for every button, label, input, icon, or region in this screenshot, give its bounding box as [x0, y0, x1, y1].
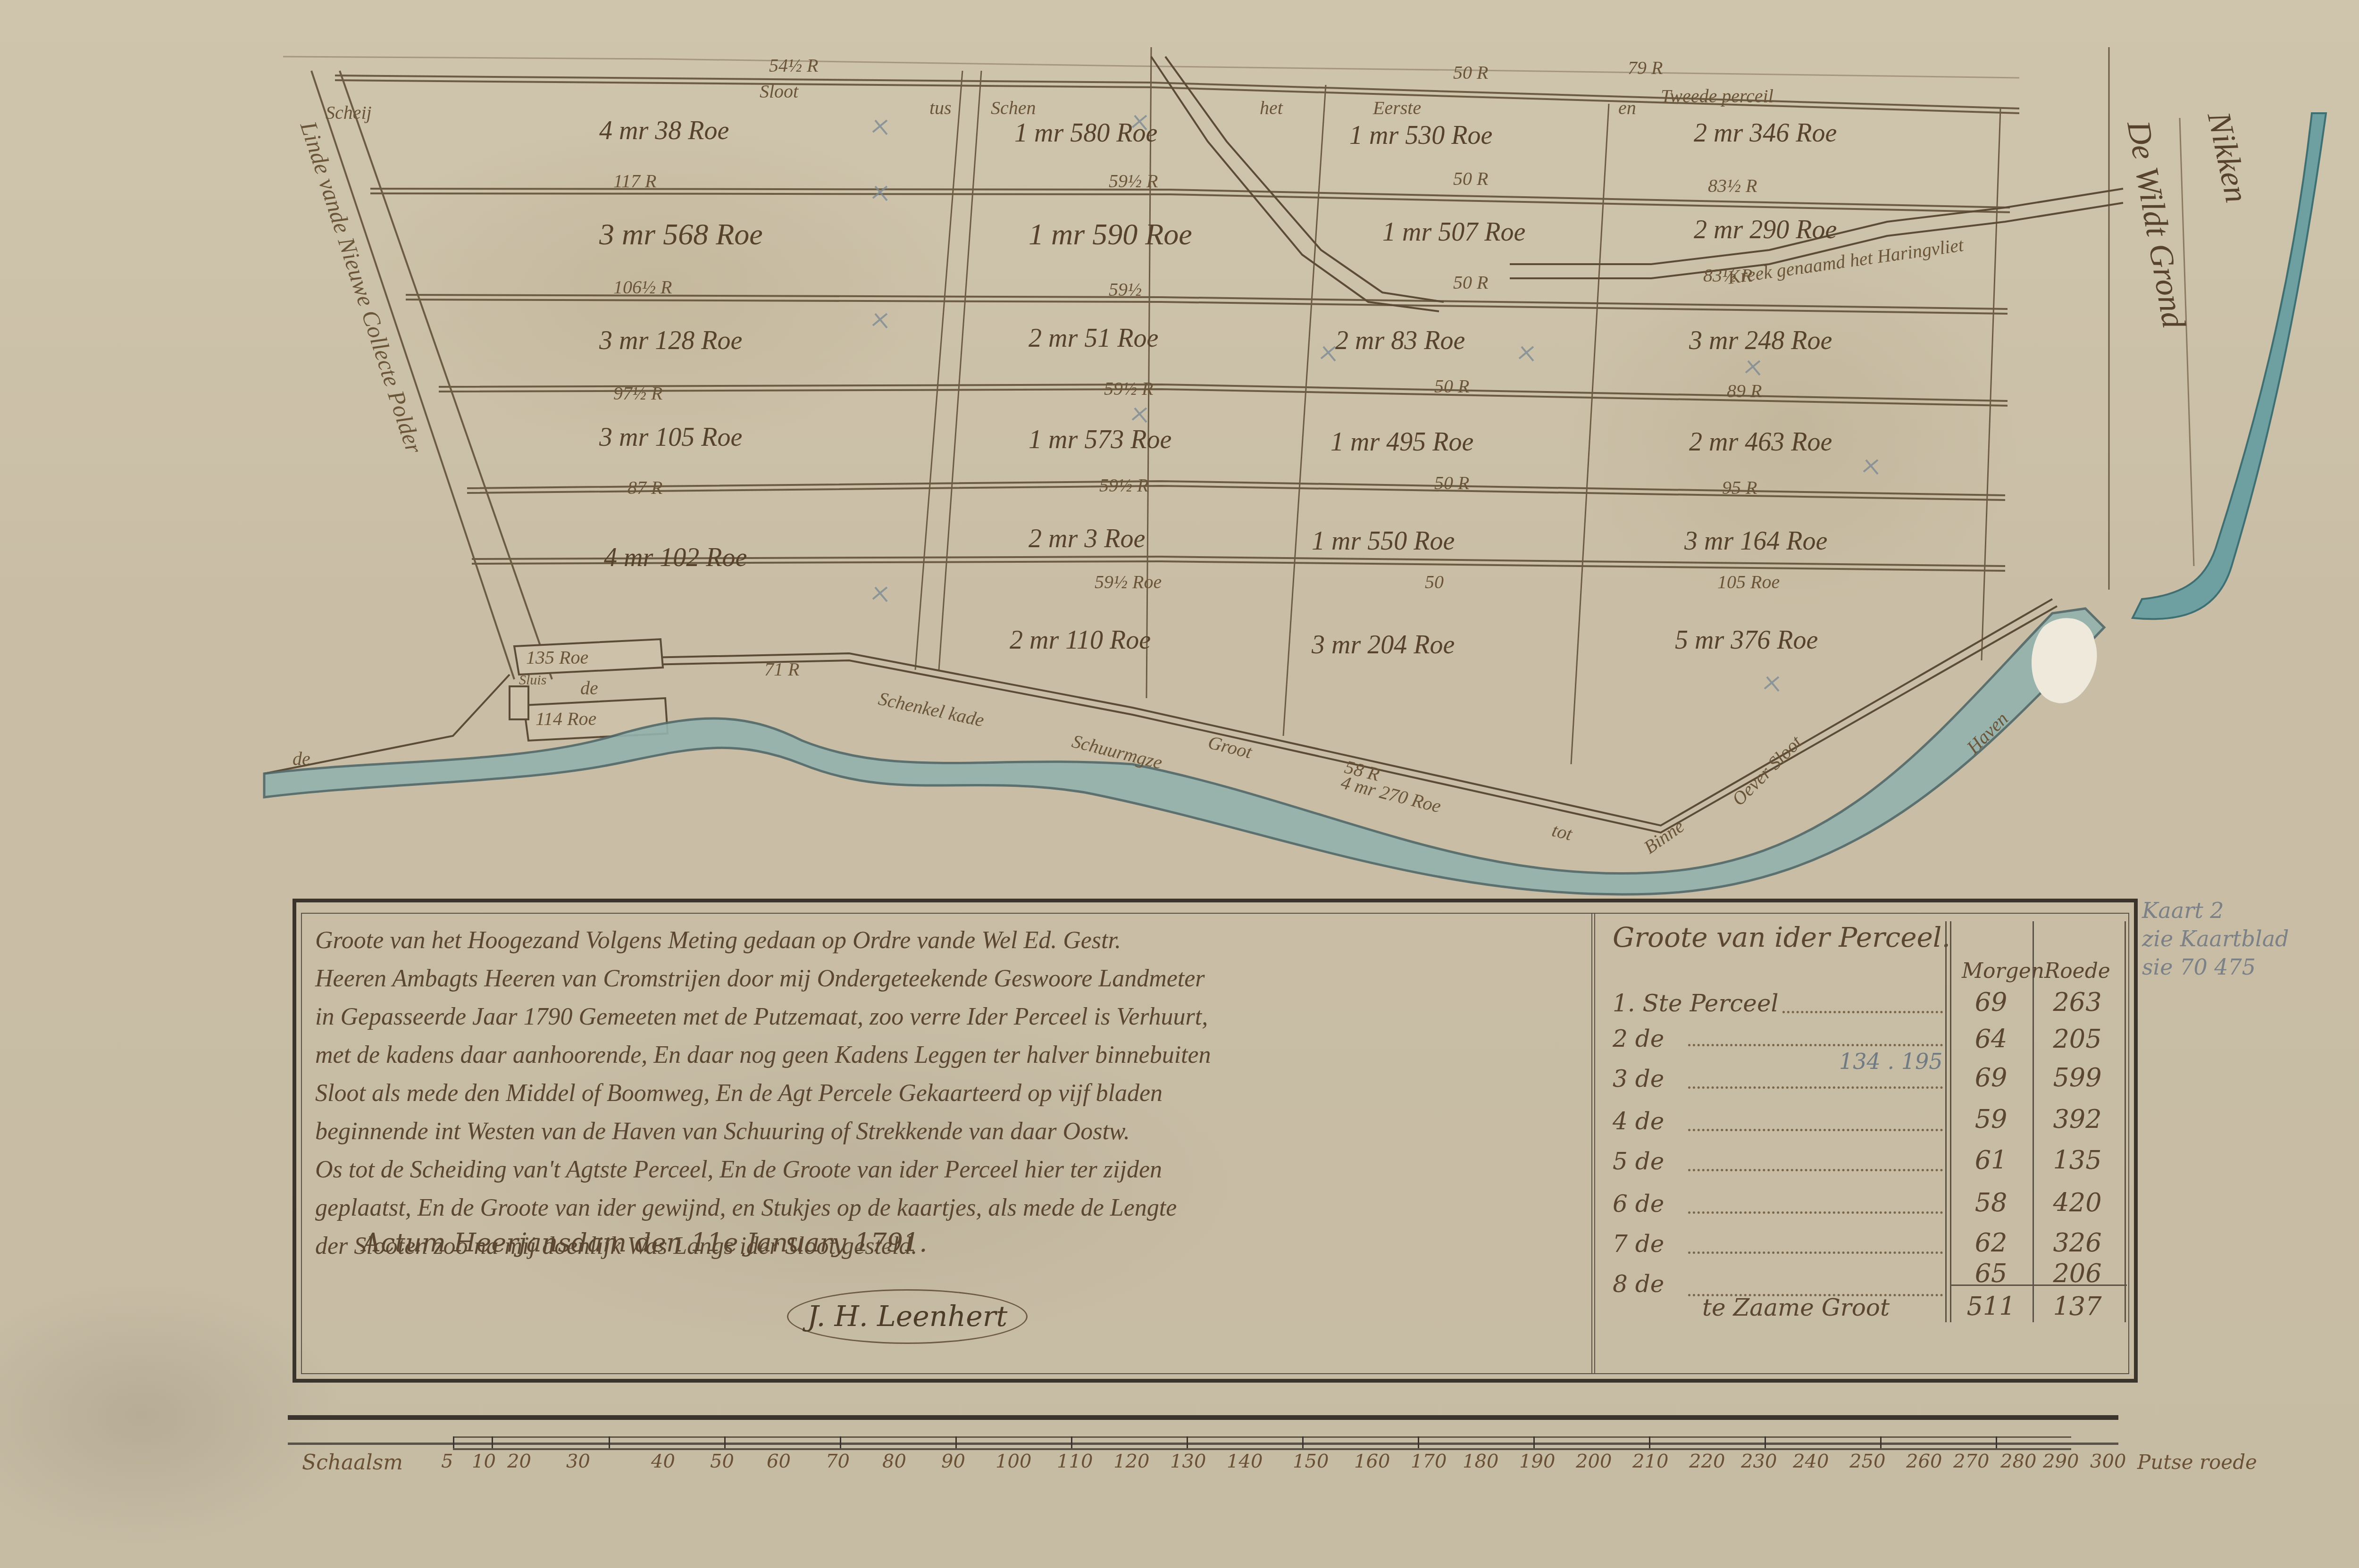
- parcel-label: 3 mr 128 Roe: [599, 325, 742, 356]
- leader-dots: [1688, 1129, 1943, 1131]
- scale-tick: [1765, 1436, 1766, 1448]
- total-label: te Zaame Groot: [1702, 1294, 1890, 1321]
- leader-dots: [1688, 1251, 1943, 1254]
- scale-tick: [840, 1436, 841, 1448]
- scale-tick-label: 50: [710, 1451, 734, 1472]
- left-road: [311, 71, 552, 679]
- description-line: geplaatst, En de Groote van ider gewijnd…: [315, 1189, 1570, 1227]
- scale-tick-label: 170: [1411, 1451, 1447, 1472]
- small-plot-label: 114 Roe: [535, 708, 596, 730]
- description-line: Groote van het Hoogezand Volgens Meting …: [315, 921, 1570, 959]
- scale-tick: [1302, 1436, 1304, 1448]
- sluice-label: Sluis: [519, 672, 546, 688]
- column-rule: [2125, 921, 2126, 1322]
- cartouche-divider: [1591, 913, 1595, 1374]
- description-line: in Gepasseerde Jaar 1790 Gemeeten met de…: [315, 998, 1570, 1036]
- row-label: 7 de: [1613, 1230, 1664, 1258]
- dim-label: 105 Roe: [1717, 571, 1780, 593]
- leader-dots: [1688, 1086, 1943, 1089]
- scale-tick-label: 270: [1953, 1451, 1989, 1472]
- parcel-label: 3 mr 164 Roe: [1684, 526, 1827, 556]
- scale-tick-label: 40: [651, 1451, 675, 1472]
- scale-tick-label: 100: [995, 1451, 1031, 1472]
- dim-label: 50: [1425, 571, 1444, 593]
- small-plot-label: 135 Roe: [526, 646, 588, 668]
- parcel-label: 2 mr 110 Roe: [1010, 625, 1151, 655]
- description-line: met de kadens daar aanhoorende, En daar …: [315, 1036, 1570, 1074]
- cell-roede: 205: [2030, 1024, 2125, 1054]
- row-label: 2 de: [1613, 1025, 1664, 1052]
- dim-label: 59½ Roe: [1095, 571, 1162, 593]
- cell-morgen: 69: [1944, 987, 2038, 1017]
- ditch-label: en: [1618, 97, 1636, 119]
- scale-unit-label: Putse roede: [2137, 1451, 2257, 1474]
- parcel-label: 3 mr 204 Roe: [1312, 630, 1455, 660]
- parcel-label: 1 mr 530 Roe: [1349, 120, 1492, 150]
- dim-label: 59½ R: [1109, 170, 1158, 192]
- scale-tick-label: 240: [1793, 1451, 1829, 1472]
- dim-label: 50 R: [1453, 271, 1488, 293]
- description-line: Heeren Ambagts Heeren van Cromstrijen do…: [315, 959, 1570, 998]
- scale-tick-label: 190: [1519, 1451, 1555, 1472]
- parcel-label: 1 mr 590 Roe: [1029, 217, 1192, 252]
- leader-dots: [1688, 1169, 1943, 1171]
- ditch-label: Tweede perceil: [1661, 85, 1773, 107]
- cell-roede: 420: [2030, 1188, 2125, 1218]
- scale-bar: [288, 1415, 2118, 1445]
- scale-tick: [1996, 1436, 1997, 1448]
- cell-morgen: 59: [1944, 1104, 2038, 1134]
- scale-tick-label: 110: [1057, 1451, 1093, 1472]
- survey-description: Groote van het Hoogezand Volgens Meting …: [315, 921, 1570, 1265]
- scale-tick-label: 10: [472, 1451, 496, 1472]
- parcel-label: 2 mr 463 Roe: [1689, 427, 1832, 457]
- cell-morgen: 69: [1944, 1063, 2038, 1093]
- scale-tick-label: 260: [1906, 1451, 1942, 1472]
- cell-roede: 135: [2030, 1145, 2125, 1175]
- scale-tick-label: 200: [1576, 1451, 1612, 1472]
- cell-morgen: 64: [1944, 1024, 2038, 1054]
- col-header-roede: Roede: [2044, 959, 2110, 983]
- scale-tick-label: 230: [1741, 1451, 1777, 1472]
- cartouche: Groote van het Hoogezand Volgens Meting …: [293, 899, 2138, 1383]
- row-label: 8 de: [1613, 1270, 1664, 1298]
- parcel-label: 3 mr 105 Roe: [599, 422, 742, 452]
- scale-tick-label: 290: [2043, 1451, 2079, 1472]
- cell-morgen: 65: [1944, 1259, 2038, 1288]
- scale-tick-label: 90: [941, 1451, 965, 1472]
- dim-label: 50 R: [1434, 472, 1469, 494]
- scale-tick: [1187, 1436, 1188, 1448]
- parcel-label: 2 mr 83 Roe: [1335, 325, 1465, 356]
- dim-label: 79 R: [1628, 57, 1663, 79]
- cell-morgen: 58: [1944, 1188, 2038, 1218]
- scale-tick-label: 220: [1689, 1451, 1725, 1472]
- parcel-label: 2 mr 51 Roe: [1029, 323, 1158, 353]
- parcel-label: 1 mr 573 Roe: [1029, 425, 1171, 455]
- total-roede: 137: [2030, 1292, 2125, 1321]
- table-title: Groote van ider Perceel.: [1613, 921, 2127, 953]
- parcel-boundaries: [335, 75, 2019, 571]
- parcel-label: 3 mr 568 Roe: [599, 217, 763, 252]
- ditch-label: Scheij: [326, 101, 372, 124]
- scale-tick: [1880, 1436, 1882, 1448]
- scale-tick-label: 130: [1170, 1451, 1206, 1472]
- total-morgen: 511: [1944, 1292, 2038, 1321]
- cell-morgen: 61: [1944, 1145, 2038, 1175]
- pencil-margin-note: Kaart 2 zie Kaartblad sie 70 475: [2142, 896, 2289, 981]
- scale-tick-label: 300: [2090, 1451, 2126, 1472]
- pencil-note-line: Kaart 2: [2142, 896, 2289, 925]
- dim-label: 50 R: [1453, 167, 1488, 190]
- scale-tick-label: 20: [507, 1451, 531, 1472]
- parcel-label: 5 mr 376 Roe: [1675, 625, 1818, 655]
- scale-tick-label: 120: [1113, 1451, 1149, 1472]
- pencil-note-line: zie Kaartblad: [2142, 925, 2289, 953]
- scale-tick: [1418, 1436, 1419, 1448]
- ditch-label: Sloot: [760, 80, 798, 102]
- scale-tick: [1071, 1436, 1072, 1448]
- dim-label: 59½ R: [1099, 474, 1148, 496]
- dim-label: 83½ R: [1708, 175, 1757, 197]
- scale-tick: [492, 1436, 493, 1448]
- scale-tick: [1533, 1436, 1535, 1448]
- scale-tick-label: 70: [826, 1451, 850, 1472]
- cell-roede: 326: [2030, 1228, 2125, 1258]
- leader-dots: [1688, 1211, 1943, 1214]
- cell-roede: 392: [2030, 1104, 2125, 1134]
- dim-label: 87 R: [627, 476, 662, 499]
- parcel-label: 3 mr 248 Roe: [1689, 325, 1832, 356]
- dim-label: 95 R: [1722, 476, 1757, 499]
- dim-label: 106½ R: [613, 276, 672, 298]
- dim-label: 54½ R: [769, 54, 818, 76]
- cell-roede: 263: [2030, 987, 2125, 1017]
- scale-tick: [453, 1436, 454, 1448]
- scale-tick-label: 140: [1227, 1451, 1263, 1472]
- pencil-note-line: sie 70 475: [2142, 953, 2289, 981]
- dim-label: 59½: [1109, 278, 1142, 300]
- parcel-label: 1 mr 495 Roe: [1330, 427, 1473, 457]
- dim-label: 59½ R: [1104, 377, 1153, 400]
- scale-tick: [955, 1436, 957, 1448]
- row-label: 4 de: [1613, 1108, 1664, 1135]
- scale-bar-ruler: [453, 1436, 2071, 1450]
- parcel-label: 2 mr 290 Roe: [1694, 215, 1837, 245]
- scale-tick-label: 30: [566, 1451, 590, 1472]
- scale-tick-label: 280: [2000, 1451, 2036, 1472]
- ditch-label: Eerste: [1373, 97, 1421, 119]
- sluice-de-label: de: [580, 677, 598, 699]
- row-label: 6 de: [1613, 1190, 1664, 1218]
- scale-tick-label: 80: [882, 1451, 906, 1472]
- scale-tick-label: 60: [767, 1451, 791, 1472]
- col-header-morgen: Morgen: [1962, 959, 2044, 983]
- vertical-boundaries: [915, 47, 2109, 764]
- cell-roede: 206: [2030, 1259, 2125, 1288]
- parcel-label: 1 mr 580 Roe: [1014, 118, 1157, 148]
- parcel-label: 1 mr 550 Roe: [1312, 526, 1455, 556]
- scale-tick-label: 5: [441, 1451, 453, 1472]
- description-line: Sloot als mede den Middel of Boomweg, En…: [315, 1074, 1570, 1112]
- pencil-subtotal: 134 . 195: [1839, 1049, 1942, 1074]
- scale-tick: [609, 1436, 610, 1448]
- dim-label: 50 R: [1453, 61, 1488, 83]
- dim-label: 50 R: [1434, 375, 1469, 397]
- ditch-label: het: [1260, 97, 1283, 119]
- scale-tick-label: 210: [1632, 1451, 1668, 1472]
- parcel-label: 4 mr 38 Roe: [599, 116, 729, 146]
- river-label-left: de: [293, 748, 310, 770]
- road-dim-label: 71 R: [764, 658, 799, 680]
- parcel-label: 1 mr 507 Roe: [1382, 217, 1525, 247]
- scale-tick-label: 160: [1354, 1451, 1390, 1472]
- total-rule: [1950, 1284, 2127, 1286]
- leader-dots: [1782, 1011, 1943, 1013]
- dim-label: 117 R: [613, 170, 656, 192]
- paper-tear: [2032, 618, 2097, 703]
- dated-line: Actum Heerjansdam den 11e January 1791.: [362, 1228, 927, 1258]
- ditch-label: tus: [929, 97, 952, 119]
- description-line: beginnende int Westen van de Haven van S…: [315, 1112, 1570, 1151]
- dim-label: 97½ R: [613, 382, 662, 404]
- cell-morgen: 62: [1944, 1228, 2038, 1258]
- parcel-size-table: Groote van ider Perceel. Morgen Roede 1.…: [1603, 921, 2127, 953]
- scale-tick: [724, 1436, 726, 1448]
- description-line: Os tot de Scheiding van't Agtste Perceel…: [315, 1151, 1570, 1189]
- scale-label: Schaalsm: [302, 1451, 403, 1475]
- cell-roede: 599: [2030, 1063, 2125, 1093]
- dim-label: 89 R: [1727, 380, 1762, 402]
- row-label: 3 de: [1613, 1065, 1664, 1093]
- ditch-label: Schen: [991, 97, 1036, 119]
- scale-tick-label: 150: [1293, 1451, 1329, 1472]
- parcel-label: 2 mr 346 Roe: [1694, 118, 1837, 148]
- leader-dots: [1688, 1044, 1943, 1046]
- parcel-label: 4 mr 102 Roe: [604, 542, 747, 573]
- row-label: 5 de: [1613, 1148, 1664, 1175]
- surveyor-signature: J. H. Leenhert: [787, 1289, 1028, 1344]
- parcel-label: 2 mr 3 Roe: [1029, 524, 1145, 554]
- row-label: 1. Ste Perceel: [1613, 990, 1779, 1017]
- scale-tick-label: 180: [1463, 1451, 1498, 1472]
- scale-tick-label: 250: [1849, 1451, 1885, 1472]
- scale-tick: [1649, 1436, 1650, 1448]
